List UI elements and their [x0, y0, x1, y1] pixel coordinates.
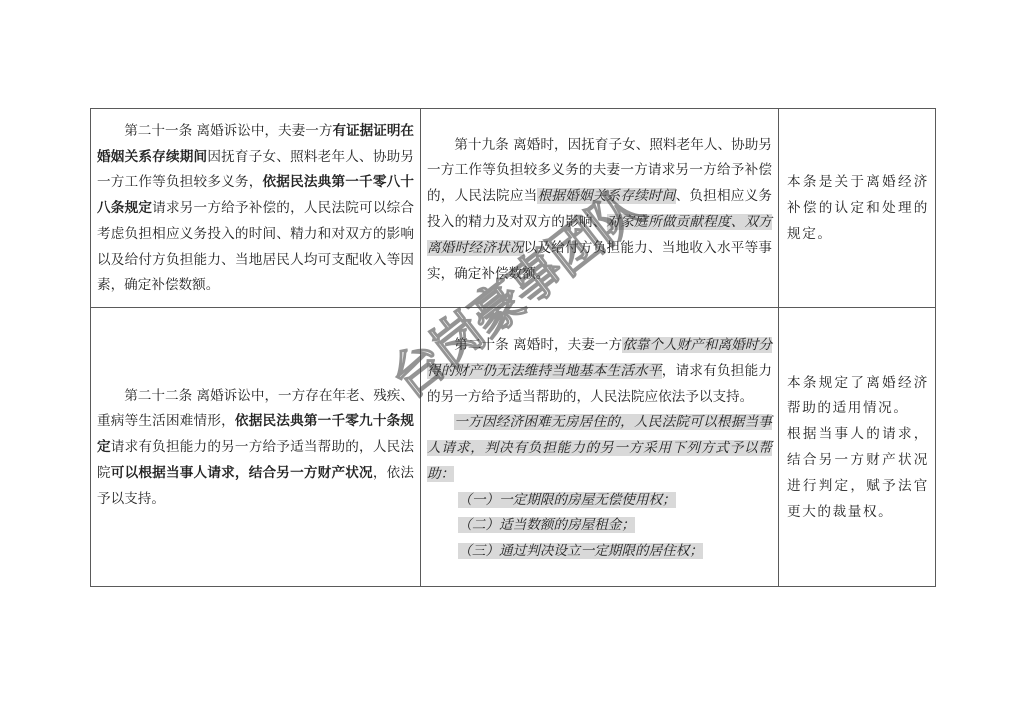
highlight-segment: （三）通过判决设立一定期限的居住权；: [458, 543, 703, 559]
text-segment: 第二十条 离婚时，夫妻一方: [454, 337, 622, 353]
article-19-text: 第十九条 离婚时，因抚育子女、照料老年人、协助另一方工作等负担较多义务的夫妻一方…: [427, 133, 772, 288]
new-interpretation-cell: 第二十一条 离婚诉讼中，夫妻一方有证据证明在婚姻关系存续期间因抚育子女、照料老年…: [91, 109, 421, 308]
highlight-segment: （二）适当数额的房屋租金；: [458, 517, 635, 533]
table-row: 第二十二条 离婚诉讼中，一方存在年老、残疾、重病等生活困难情形，依据民法典第一千…: [91, 308, 936, 587]
commentary-text: 根据当事人的请求，结合另一方财产状况进行判定，赋予法官更大的裁量权。: [787, 422, 929, 525]
highlight-segment: （一）一定期限的房屋无偿使用权；: [458, 492, 676, 508]
old-interpretation-cell: 第二十条 离婚时，夫妻一方依靠个人财产和离婚时分得的财产仍无法维持当地基本生活水…: [421, 308, 779, 587]
highlight-segment: 一方因经济困难无房居住的，人民法院可以根据当事人请求，判决有负担能力的另一方采用…: [427, 414, 772, 482]
table-row: 第二十一条 离婚诉讼中，夫妻一方有证据证明在婚姻关系存续期间因抚育子女、照料老年…: [91, 109, 936, 308]
list-item: （一）一定期限的房屋无偿使用权；: [427, 488, 772, 514]
text-segment: 第二十一条 离婚诉讼中，夫妻一方: [124, 123, 332, 139]
bold-segment: 可以根据当事人请求，结合另一方财产状况: [111, 465, 373, 481]
article-21-text: 第二十一条 离婚诉讼中，夫妻一方有证据证明在婚姻关系存续期间因抚育子女、照料老年…: [97, 119, 414, 300]
article-20-para2: 一方因经济困难无房居住的，人民法院可以根据当事人请求，判决有负担能力的另一方采用…: [427, 410, 772, 487]
commentary-cell: 本条是关于离婚经济补偿的认定和处理的规定。: [779, 109, 936, 308]
commentary-cell: 本条规定了离婚经济帮助的适用情况。 根据当事人的请求，结合另一方财产状况进行判定…: [779, 308, 936, 587]
article-22-text: 第二十二条 离婚诉讼中，一方存在年老、残疾、重病等生活困难情形，依据民法典第一千…: [97, 384, 414, 513]
commentary-text: 本条是关于离婚经济补偿的认定和处理的规定。: [787, 170, 929, 247]
article-20-text: 第二十条 离婚时，夫妻一方依靠个人财产和离婚时分得的财产仍无法维持当地基本生活水…: [427, 333, 772, 410]
commentary-text: 本条规定了离婚经济帮助的适用情况。: [787, 371, 929, 423]
old-interpretation-cell: 第十九条 离婚时，因抚育子女、照料老年人、协助另一方工作等负担较多义务的夫妻一方…: [421, 109, 779, 308]
comparison-table: 第二十一条 离婚诉讼中，夫妻一方有证据证明在婚姻关系存续期间因抚育子女、照料老年…: [90, 108, 936, 587]
new-interpretation-cell: 第二十二条 离婚诉讼中，一方存在年老、残疾、重病等生活困难情形，依据民法典第一千…: [91, 308, 421, 587]
list-item: （三）通过判决设立一定期限的居住权；: [427, 539, 772, 565]
highlight-segment: 根据婚姻关系存续时间: [537, 188, 675, 204]
document-page: 第二十一条 离婚诉讼中，夫妻一方有证据证明在婚姻关系存续期间因抚育子女、照料老年…: [0, 0, 1024, 724]
list-item: （二）适当数额的房屋租金；: [427, 513, 772, 539]
